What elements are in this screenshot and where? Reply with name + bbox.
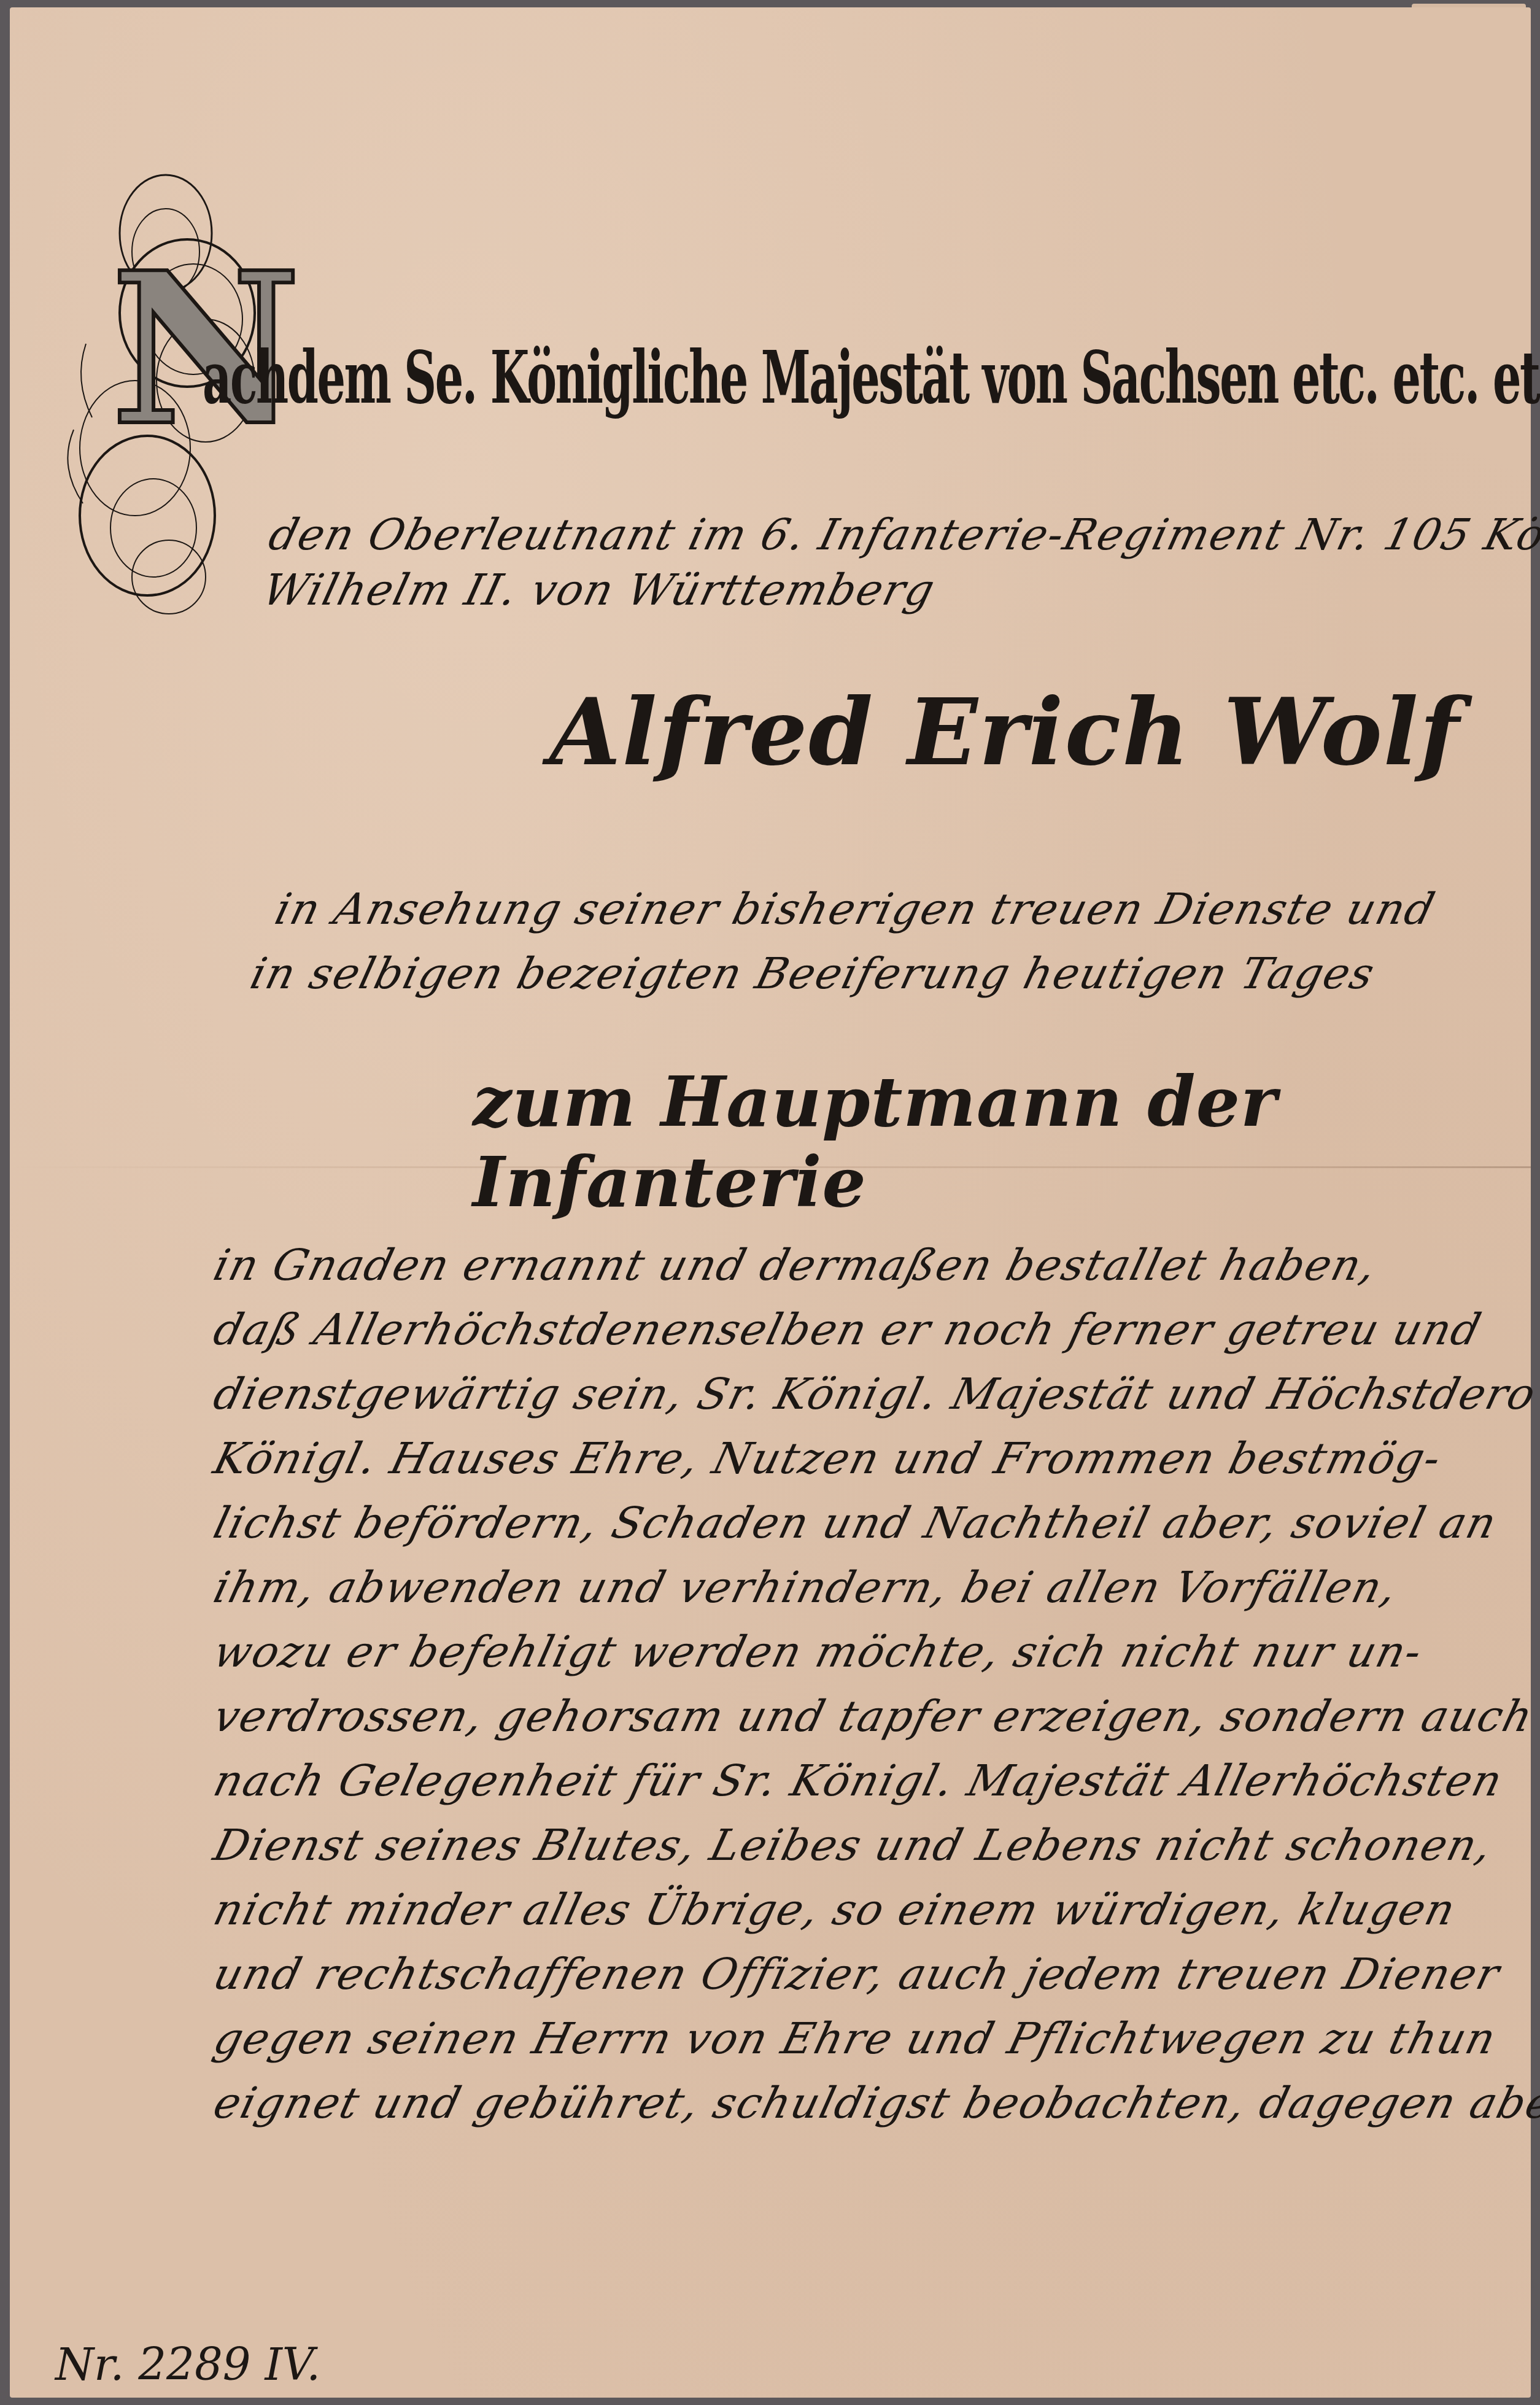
recipient-title-line-2: Wilhelm II. von Württemberg [258,565,941,615]
body-line: und rechtschaffenen Offizier, auch jedem… [209,1949,1506,1999]
body-line: nach Gelegenheit für Sr. Königl. Majestä… [209,1756,1508,1806]
body-line: wozu er befehligt werden möchte, sich ni… [209,1627,1428,1677]
body-line: gegen seinen Herrn von Ehre und Pflichtw… [209,2013,1502,2064]
body-line: in Gnaden ernannt und dermaßen bestallet… [209,1240,1382,1290]
body-line: ihm, abwenden und verhindern, bei allen … [209,1562,1403,1613]
recipient-title-line-1: den Oberleutnant im 6. Infanterie-Regime… [264,509,1540,560]
body-line: dienstgewärtig sein, Sr. Königl. Majestä… [209,1369,1540,1419]
body-line: daß Allerhöchstdenenselben er noch ferne… [209,1304,1487,1355]
appointment-rank: zum Hauptmann der Infanterie [473,1062,1540,1223]
reference-number: Nr. 2289 IV. [55,2339,320,2390]
body-line: Königl. Hauses Ehre, Nutzen und Frommen … [209,1433,1447,1484]
body-line: nicht minder alles Übrige, so einem würd… [209,1884,1461,1935]
body-line: lichst befördern, Schaden und Nachtheil … [209,1498,1503,1548]
reason-line-2: in selbigen bezeigten Beeiferung heutige… [246,948,1380,999]
recipient-name: Alfred Erich Wolf [549,678,1460,786]
body-line: Dienst seines Blutes, Leibes und Lebens … [209,1820,1498,1870]
reason-line-1: in Ansehung seiner bisherigen treuen Die… [270,884,1441,934]
document-heading: achdem Se. Königliche Majestät von Sachs… [203,335,1540,420]
body-line: eignet und gebühret, schuldigst beobacht… [209,2078,1540,2128]
body-line: verdrossen, gehorsam und tapfer erzeigen… [209,1691,1539,1741]
